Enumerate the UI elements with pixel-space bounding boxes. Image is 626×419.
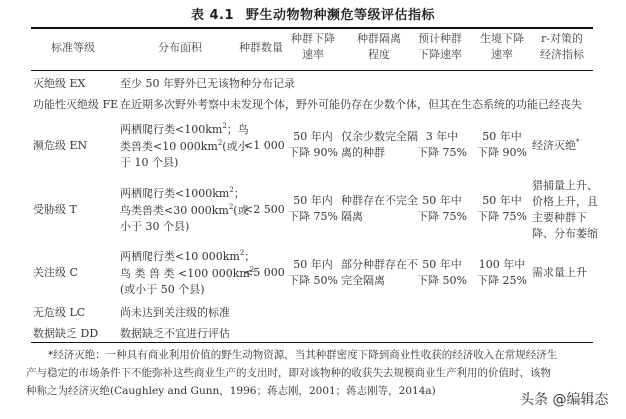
row-en-level: 濒危级 EN (33, 138, 87, 154)
row-dd-level: 数据缺乏 DD (33, 326, 98, 342)
row-en-economic: 经济灭绝* (532, 138, 580, 154)
header-economic: r-对策的经济指标 (530, 31, 594, 63)
header-habitat-decline: 生境下降速率 (472, 31, 532, 63)
row-c-population: <5 000 (244, 265, 285, 281)
row-fe-description: 在近期多次野外考察中未发现个体，野外可能仍存在少数个体，但其在生态系统的功能已经… (120, 97, 582, 113)
header-decline-rate: 种群下降速率 (283, 31, 343, 63)
row-t-habitat-decline: 50 年中下降 75% (474, 193, 530, 225)
row-fe-level: 功能性灭绝级 FE (33, 97, 118, 113)
row-c-habitat-decline: 100 年中下降 25% (474, 257, 530, 289)
row-t-isolation: 种群存在不完全隔离 (341, 193, 418, 225)
row-t-decline-rate: 50 年内下降 75% (283, 193, 343, 225)
row-c-economic: 需求量上升 (532, 265, 587, 281)
top-rule (31, 27, 593, 29)
table-title: 表 4.1野生动物物种濒危等级评估指标 (0, 4, 626, 23)
row-t-level: 受胁级 T (33, 202, 77, 218)
row-ex-level: 灭绝级 EX (33, 76, 85, 92)
row-lc-description: 尚未达到关注级的标准 (120, 305, 230, 321)
row-en-habitat-decline: 50 年中下降 90% (474, 129, 530, 161)
table-caption: 野生动物物种濒危等级评估指标 (246, 8, 435, 23)
bottom-rule (31, 342, 593, 343)
row-c-projected-decline: 50 年中下降 50% (414, 257, 470, 289)
row-en-population: <1 000 (244, 138, 285, 154)
header-level: 标准等级 (33, 40, 113, 56)
row-c-area: 两栖爬行类<10 000km2； 鸟 类 兽 类 <100 000km2 (或小… (120, 249, 255, 299)
header-population: 种群数量 (233, 40, 289, 56)
header-rule (31, 70, 593, 71)
row-c-level: 关注级 C (33, 265, 78, 281)
row-en-projected-decline: 3 年中下降 75% (414, 129, 470, 161)
row-dd-description: 数据缺乏不宜进行评估 (120, 326, 230, 342)
watermark: 头条 @编辑态 (520, 389, 608, 409)
header-area: 分布面积 (130, 40, 230, 56)
row-t-area: 两栖爬行类<1000km2； 鸟类兽类<30 000km2(或 小于 30 个县… (120, 186, 249, 236)
row-ex-description: 至少 50 年野外已无该物种分布记录 (120, 76, 295, 92)
row-t-population: <2 500 (244, 202, 285, 218)
row-lc-level: 无危级 LC (33, 305, 85, 321)
header-isolation: 种群隔离程度 (344, 31, 414, 63)
row-en-area: 两栖爬行类<100km2；鸟 类兽类<10 000km2(或小 于 10 个县) (120, 122, 249, 172)
row-t-projected-decline: 50 年中下降 75% (414, 193, 470, 225)
row-c-isolation: 部分种群存在不完全隔离 (341, 257, 418, 289)
row-t-economic: 猎捕量上升、 价格上升，且 主要种群下 降、分布萎缩 (532, 178, 598, 242)
row-en-decline-rate: 50 年内下降 90% (283, 129, 343, 161)
footnote-line-2: 产与稳定的市场条件下不能弥补这些商业生产的支出时，即对该物种的收获失去规模商业生… (26, 364, 608, 382)
row-en-isolation: 仅余少数完全隔离的种群 (341, 129, 418, 161)
header-projected-decline: 预计种群下降速率 (410, 31, 470, 63)
footnote-line-1: *经济灭绝：一种具有商业利用价值的野生动物资源，当其种群密度下降到商业性收获的经… (26, 346, 608, 364)
row-c-decline-rate: 50 年内下降 50% (283, 257, 343, 289)
table-number: 表 4.1 (191, 8, 234, 23)
